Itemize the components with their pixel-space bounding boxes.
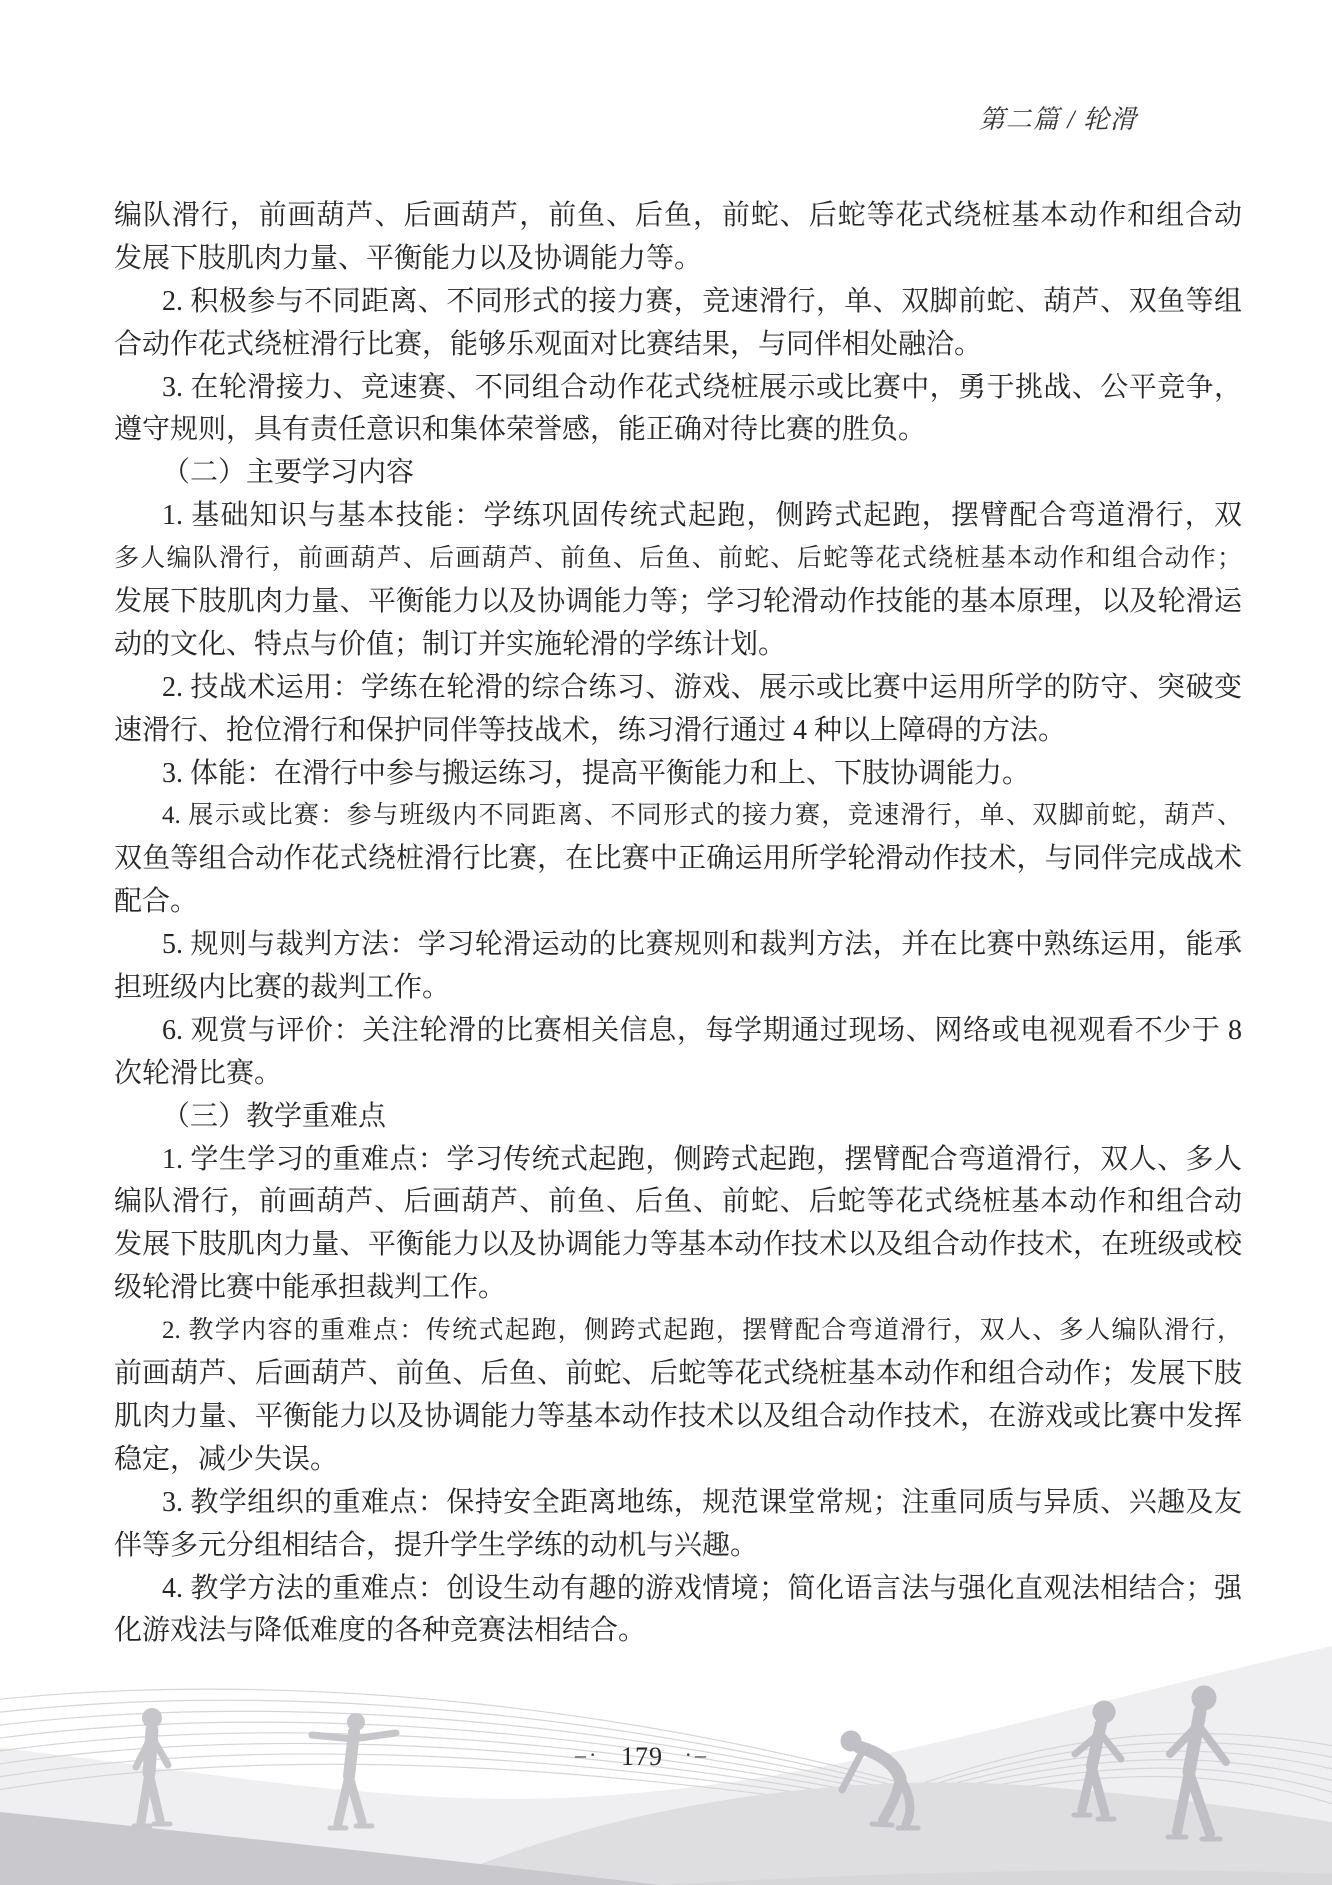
text-line: 前画葫芦、后画葫芦、前鱼、后鱼、前蛇、后蛇等花式绕桩基本动作和组合动作；发展下肢 bbox=[114, 1353, 1242, 1396]
text-line: 动的文化、特点与价值；制订并实施轮滑的学练计划。 bbox=[114, 624, 1242, 667]
text-line: 4. 教学方法的重难点：创设生动有趣的游戏情境；简化语言法与强化直观法相结合；强 bbox=[114, 1568, 1242, 1611]
text-line: 1. 学生学习的重难点：学习传统式起跑，侧跨式起跑，摆臂配合弯道滑行，双人、多人 bbox=[114, 1139, 1242, 1182]
text-line: （三）教学重难点 bbox=[114, 1096, 1242, 1139]
text-line: 4. 展示或比赛：参与班级内不同距离、不同形式的接力赛，竞速滑行，单、双脚前蛇，… bbox=[114, 795, 1242, 838]
page-number: 179 bbox=[621, 1742, 663, 1772]
text-line: 多人编队滑行，前画葫芦、后画葫芦、前鱼、后鱼、前蛇、后蛇等花式绕桩基本动作和组合… bbox=[114, 538, 1242, 581]
text-line: 伴等多元分组相结合，提升学生学练的动机与兴趣。 bbox=[114, 1525, 1242, 1568]
text-line: 3. 在轮滑接力、竞速赛、不同组合动作花式绕桩展示或比赛中，勇于挑战、公平竞争， bbox=[114, 367, 1242, 410]
text-line: 3. 体能：在滑行中参与搬运练习，提高平衡能力和上、下肢协调能力。 bbox=[114, 753, 1242, 796]
text-line: 5. 规则与裁判方法：学习轮滑运动的比赛规则和裁判方法，并在比赛中熟练运用，能承 bbox=[114, 924, 1242, 967]
text-line: 编队滑行，前画葫芦、后画葫芦、前鱼、后鱼、前蛇、后蛇等花式绕桩基本动作和组合动作… bbox=[114, 1181, 1242, 1224]
text-line: 合动作花式绕桩滑行比赛，能够乐观面对比赛结果，与同伴相处融洽。 bbox=[114, 324, 1242, 367]
text-line: 速滑行、抢位滑行和保护同伴等技战术，练习滑行通过 4 种以上障碍的方法。 bbox=[114, 710, 1242, 753]
text-line: 6. 观赏与评价：关注轮滑的比赛相关信息，每学期通过现场、网络或电视观看不少于 … bbox=[114, 1010, 1242, 1053]
text-line: 2. 积极参与不同距离、不同形式的接力赛，竞速滑行，单、双脚前蛇、葫芦、双鱼等组 bbox=[114, 281, 1242, 324]
text-line: 稳定，减少失误。 bbox=[114, 1439, 1242, 1482]
body-text: 编队滑行，前画葫芦、后画葫芦，前鱼、后鱼，前蛇、后蛇等花式绕桩基本动作和组合动作… bbox=[114, 195, 1242, 1653]
text-line: 发展下肢肌肉力量、平衡能力以及协调能力等基本动作技术以及组合动作技术，在班级或校 bbox=[114, 1224, 1242, 1267]
footer-ornament-right: ·– bbox=[685, 1742, 709, 1768]
text-line: 2. 技战术运用：学练在轮滑的综合练习、游戏、展示或比赛中运用所学的防守、突破变 bbox=[114, 667, 1242, 710]
text-line: 2. 教学内容的重难点：传统式起跑，侧跨式起跑，摆臂配合弯道滑行，双人、多人编队… bbox=[114, 1310, 1242, 1353]
text-line: 担班级内比赛的裁判工作。 bbox=[114, 967, 1242, 1010]
text-line: 编队滑行，前画葫芦、后画葫芦，前鱼、后鱼，前蛇、后蛇等花式绕桩基本动作和组合动作… bbox=[114, 195, 1242, 238]
text-line: 发展下肢肌肉力量、平衡能力以及协调能力等。 bbox=[114, 238, 1242, 281]
text-line: 3. 教学组织的重难点：保持安全距离地练，规范课堂常规；注重同质与异质、兴趣及友 bbox=[114, 1482, 1242, 1525]
running-head: 第二篇 / 轮滑 bbox=[979, 99, 1137, 136]
text-line: 双鱼等组合动作花式绕桩滑行比赛，在比赛中正确运用所学轮滑动作技术，与同伴完成战术 bbox=[114, 838, 1242, 881]
text-line: 级轮滑比赛中能承担裁判工作。 bbox=[114, 1267, 1242, 1310]
text-line: 次轮滑比赛。 bbox=[114, 1053, 1242, 1096]
text-line: 发展下肢肌肉力量、平衡能力以及协调能力等；学习轮滑动作技能的基本原理，以及轮滑运 bbox=[114, 581, 1242, 624]
book-page: 第二篇 / 轮滑 编队滑行，前画葫芦、后画葫芦，前鱼、后鱼，前蛇、后蛇等花式绕桩… bbox=[0, 0, 1332, 1885]
footer-ornament-left: –· bbox=[575, 1742, 599, 1768]
page-footer: –· 179 ·– bbox=[575, 1742, 709, 1772]
text-line: （二）主要学习内容 bbox=[114, 452, 1242, 495]
text-line: 配合。 bbox=[114, 881, 1242, 924]
text-line: 肌肉力量、平衡能力以及协调能力等基本动作技术以及组合动作技术，在游戏或比赛中发挥 bbox=[114, 1396, 1242, 1439]
text-line: 1. 基础知识与基本技能：学练巩固传统式起跑，侧跨式起跑，摆臂配合弯道滑行，双人… bbox=[114, 495, 1242, 538]
text-line: 遵守规则，具有责任意识和集体荣誉感，能正确对待比赛的胜负。 bbox=[114, 409, 1242, 452]
